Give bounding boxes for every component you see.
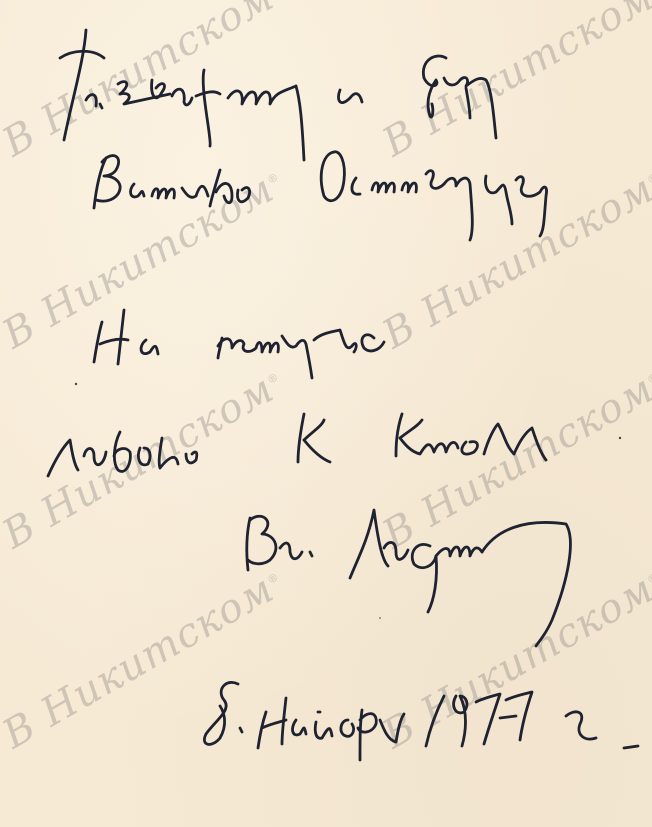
handwriting-line-4 xyxy=(48,414,546,476)
handwriting-line-2 xyxy=(94,152,547,240)
date-ink xyxy=(204,682,638,760)
handwriting-line-3 xyxy=(94,310,384,378)
handwriting-ink xyxy=(0,0,652,827)
signature-ink xyxy=(247,510,571,646)
inscription-page: Т. товарищу и другу Василию Осипчуку На … xyxy=(0,0,652,827)
handwriting-line-1 xyxy=(60,30,496,160)
paper-specks xyxy=(75,383,621,619)
